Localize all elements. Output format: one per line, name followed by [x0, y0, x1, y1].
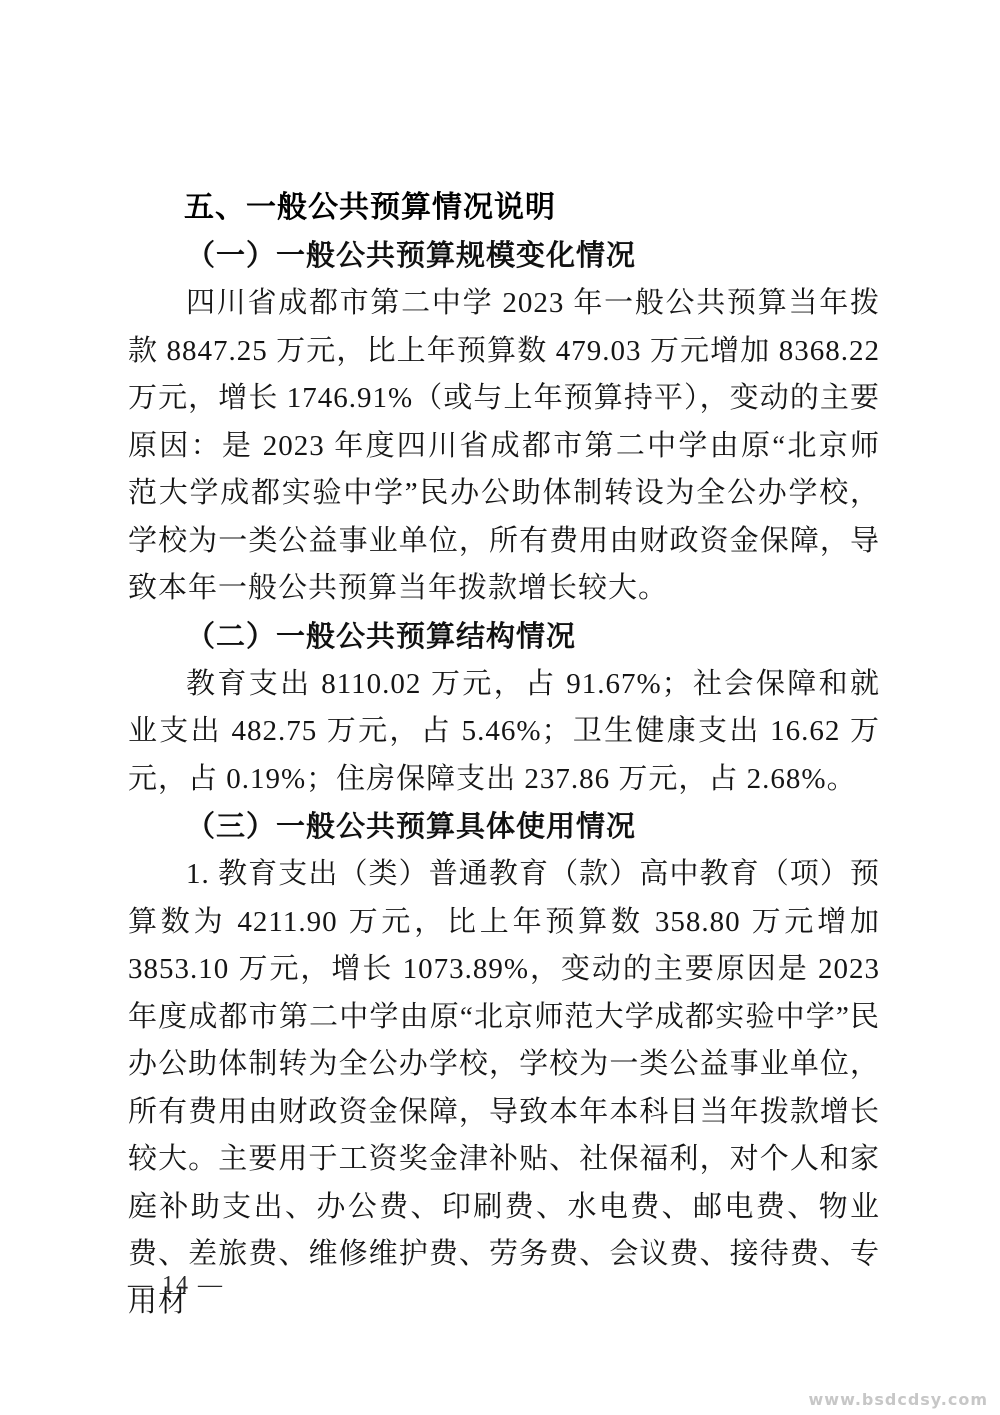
- section-budget-scale-change: （一）一般公共预算规模变化情况 四川省成都市第二中学 2023 年一般公共预算当…: [128, 232, 880, 613]
- paragraph-budget-scale-change: 四川省成都市第二中学 2023 年一般公共预算当年拨款 8847.25 万元，比…: [128, 280, 880, 613]
- section-budget-structure: （二）一般公共预算结构情况 教育支出 8110.02 万元，占 91.67%；社…: [128, 613, 880, 804]
- document-page: 五、一般公共预算情况说明 （一）一般公共预算规模变化情况 四川省成都市第二中学 …: [0, 0, 1000, 1415]
- document-body: 五、一般公共预算情况说明 （一）一般公共预算规模变化情况 四川省成都市第二中学 …: [128, 184, 880, 1326]
- page-number: — 14 —: [128, 1272, 224, 1299]
- subheading-budget-structure: （二）一般公共预算结构情况: [128, 613, 880, 661]
- paragraph-budget-structure: 教育支出 8110.02 万元，占 91.67%；社会保障和就业支出 482.7…: [128, 661, 880, 804]
- subheading-budget-scale-change: （一）一般公共预算规模变化情况: [128, 232, 880, 280]
- site-watermark: www.bsdcdsy.com: [809, 1390, 988, 1409]
- paragraph-budget-specific-usage: 1. 教育支出（类）普通教育（款）高中教育（项）预算数为 4211.90 万元，…: [128, 851, 880, 1326]
- section-budget-specific-usage: （三）一般公共预算具体使用情况 1. 教育支出（类）普通教育（款）高中教育（项）…: [128, 803, 880, 1326]
- subheading-budget-specific-usage: （三）一般公共预算具体使用情况: [128, 803, 880, 851]
- section-heading-general-public-budget: 五、一般公共预算情况说明: [128, 184, 880, 232]
